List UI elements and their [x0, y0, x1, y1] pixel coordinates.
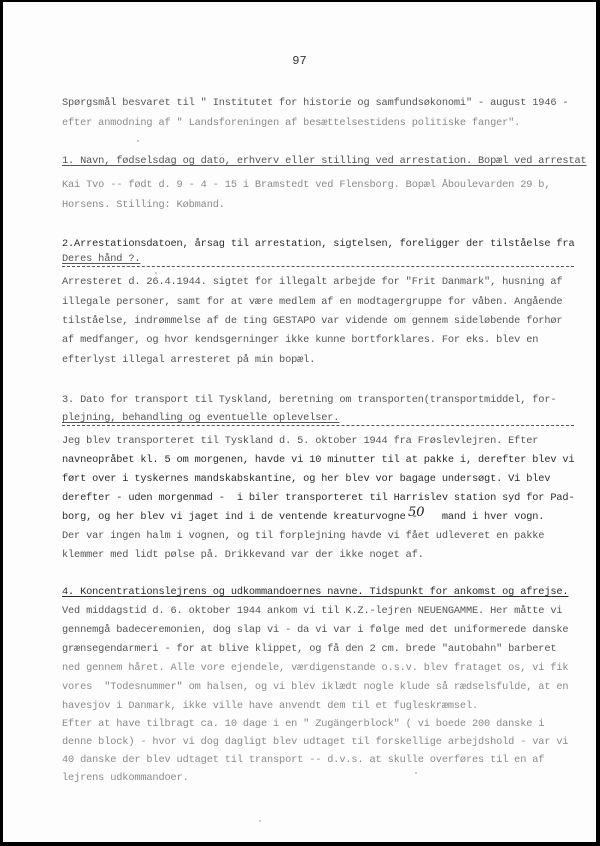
section-2-body-line: efterlyst illegal arresteret på min bopæ… [62, 354, 315, 366]
section-3-body-line: ført over i tyskernes mandskabskantine, … [62, 473, 550, 485]
section-4-body-line: vores "Todesnummer" om halsen, og vi ble… [62, 681, 568, 693]
section-2-body-line: tilståelse, indrømmelse af de ting GESTA… [62, 315, 562, 327]
section-3-rule [62, 425, 574, 426]
section-3-body-line: derefter - uden morgenmad - i biler tran… [62, 492, 574, 504]
section-1-heading: 1. Navn, fødselsdag og dato, erhverv ell… [62, 155, 587, 167]
section-4-body-line: grænsegendarmeri - for at blive klippet,… [62, 643, 556, 655]
section-4-body-line: denne block) - hvor vi dog dagligt blev … [62, 736, 568, 748]
section-2-rule [62, 266, 574, 267]
section-4-body-line: gennemgå badeceremonien, dog slap vi - d… [62, 624, 568, 636]
section-3-body-line: Der var ingen halm i vognen, og til forp… [62, 530, 544, 542]
handwritten-number: 50 [408, 505, 425, 520]
section-1-body-line: Horsens. Stilling: Købmand. [62, 199, 225, 211]
section-1-body-line: Kai Tvo -- født d. 9 - 4 - 15 i Bramsted… [62, 179, 550, 191]
section-4-body-line: 40 danske der blev udtaget til transport… [62, 754, 544, 766]
section-4-body-line: ned gennem håret. Alle vore ejendele, væ… [62, 662, 568, 674]
document-page: 97 Spørgsmål besvaret til " Institutet f… [3, 2, 596, 842]
section-4-body-line: Ved middagstid d. 6. oktober 1944 ankom … [62, 605, 562, 617]
section-4-body-line: havesjov i Danmark, ikke ville have anve… [62, 700, 478, 712]
section-2-body-line: illegale personer, samt for at være medl… [62, 296, 562, 308]
section-3-heading: 3. Dato for transport til Tyskland, bere… [62, 394, 556, 406]
section-4-body-line: Efter at have tilbragt ca. 10 dage i en … [62, 718, 544, 730]
section-3-body-line: navneopråbet kl. 5 om morgenen, havde vi… [62, 454, 574, 466]
section-2-body-line: Arresteret d. 26.4.1944. sigtet for ille… [62, 276, 562, 288]
section-2-heading: Deres hånd ?. [62, 253, 140, 265]
scan-speck [137, 140, 139, 142]
section-3-heading: plejning, behandling og eventuelle oplev… [62, 412, 339, 424]
scan-speck [415, 772, 417, 774]
section-3-body-line: Jeg blev transporteret til Tyskland d. 5… [62, 435, 538, 447]
section-3-body-line: klemmer med lidt pølse på. Drikkevand va… [62, 549, 424, 561]
scan-speck [155, 272, 157, 274]
section-2-body-line: af medfanger, og hvor kendsgerninger ikk… [62, 334, 538, 346]
page-number: 97 [3, 54, 596, 68]
intro-line: Spørgsmål besvaret til " Institutet for … [62, 97, 568, 109]
intro-line: efter anmodning af " Landsforeningen af … [62, 117, 520, 129]
section-3-body-line: borg, og her blev vi jaget ind i de vent… [62, 511, 544, 523]
scan-speck [259, 820, 261, 822]
section-4-body-line: lejrens udkommandoer. [62, 772, 189, 784]
section-4-heading: 4. Koncentrationslejrens og udkommandoer… [62, 586, 568, 598]
section-2-heading: 2.Arrestationsdatoen, årsag til arrestat… [62, 238, 574, 250]
